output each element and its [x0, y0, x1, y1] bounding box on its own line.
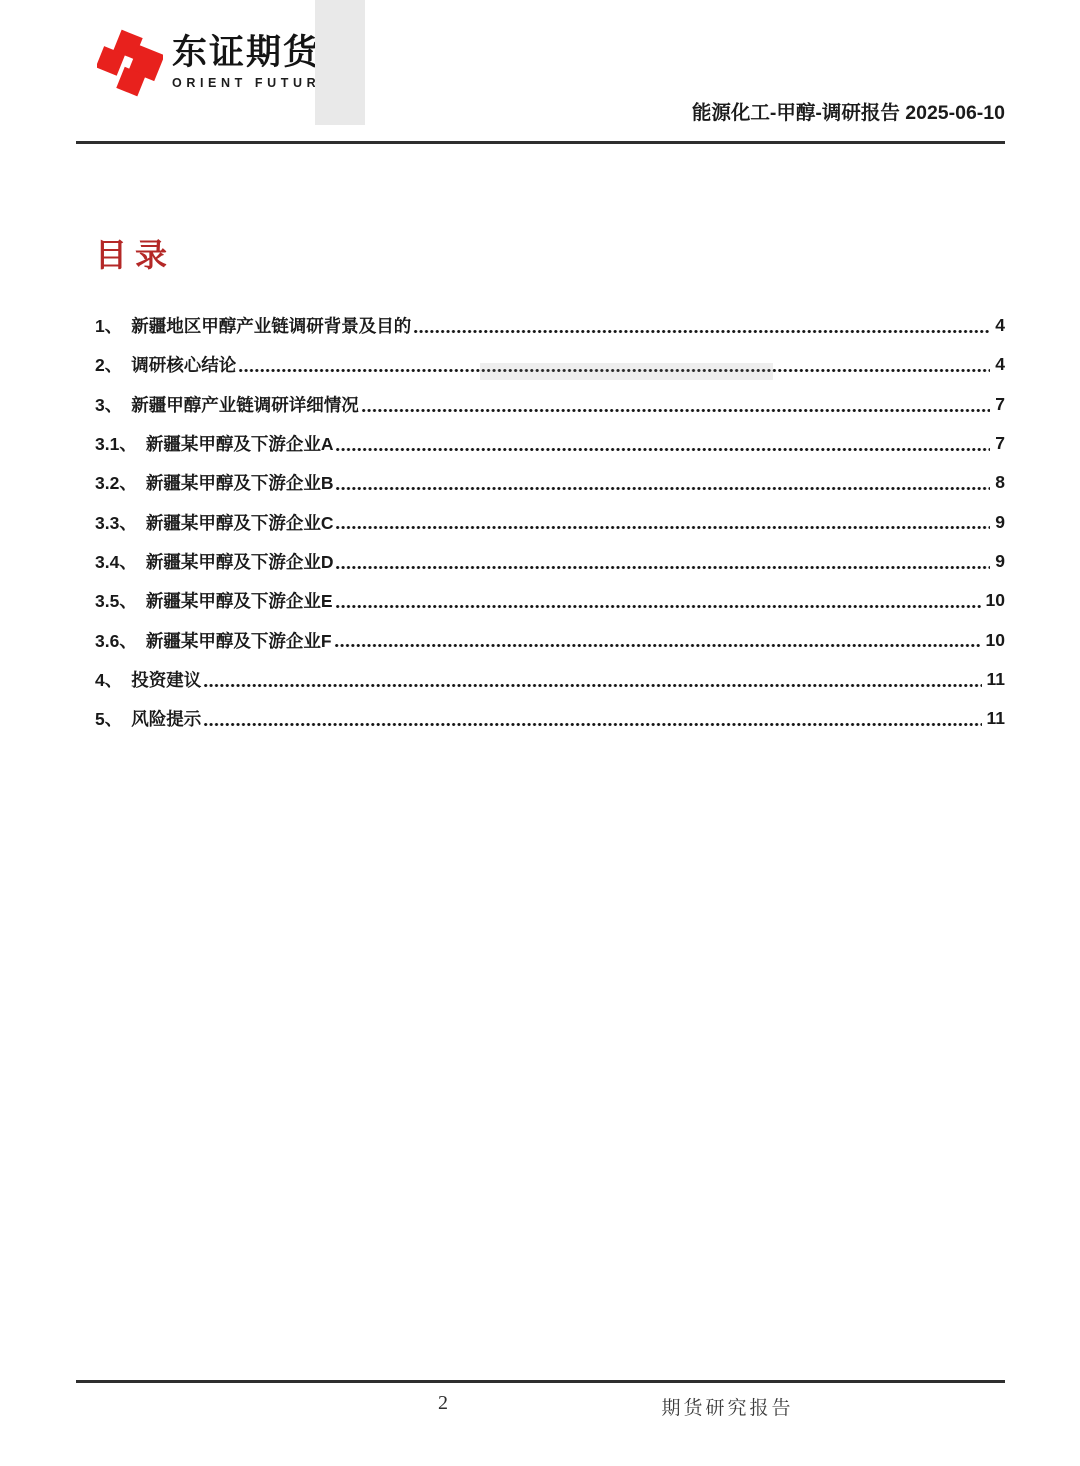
- toc-item[interactable]: 3.1、 新疆某甲醇及下游企业A 7: [95, 424, 1005, 463]
- toc-leader-dots: [203, 699, 981, 738]
- footer-divider: [76, 1380, 1005, 1383]
- toc-leader-dots: [335, 502, 990, 541]
- header-divider: [76, 141, 1005, 144]
- toc-item-label: 新疆某甲醇及下游企业C: [146, 510, 334, 535]
- toc-item-number: 3、: [95, 392, 122, 417]
- toc-leader-dots: [335, 581, 981, 620]
- toc-item-page: 4: [995, 315, 1005, 336]
- logo-pinwheel-icon: [97, 28, 163, 98]
- toc-item-number: 4、: [95, 667, 122, 692]
- toc-item-label: 新疆地区甲醇产业链调研背景及目的: [131, 313, 411, 338]
- toc-item-page: 11: [987, 669, 1006, 690]
- toc-item-label: 新疆某甲醇及下游企业D: [146, 549, 334, 574]
- toc-item-page: 4: [995, 354, 1005, 375]
- page-number: 2: [398, 1392, 488, 1415]
- toc-item-page: 8: [995, 472, 1005, 493]
- gray-tab-artifact: [315, 0, 365, 125]
- toc-item-page: 7: [995, 394, 1005, 415]
- toc-item-number: 5、: [95, 706, 122, 731]
- report-header-label: 能源化工-甲醇-调研报告 2025-06-10: [692, 97, 1005, 125]
- toc-item-page: 10: [986, 590, 1005, 611]
- toc-item[interactable]: 3、 新疆甲醇产业链调研详细情况 7: [95, 385, 1005, 424]
- toc-leader-dots: [335, 542, 990, 581]
- toc-item-label: 投资建议: [131, 667, 201, 692]
- toc-leader-dots: [203, 660, 981, 699]
- toc-item[interactable]: 3.5、 新疆某甲醇及下游企业E 10: [95, 581, 1005, 620]
- toc-item-page: 11: [987, 708, 1006, 729]
- toc-item-label: 风险提示: [131, 706, 201, 731]
- toc-item-number: 3.6、: [95, 628, 137, 653]
- toc-item-label: 新疆某甲醇及下游企业E: [146, 588, 333, 613]
- footer-report-type: 期货研究报告: [635, 1393, 820, 1420]
- toc-item-page: 9: [995, 512, 1005, 533]
- orient-futures-logo: 东证期货 ORIENT FUTURES: [97, 28, 346, 98]
- toc-item-page: 10: [986, 630, 1005, 651]
- toc-leader-dots: [335, 463, 990, 502]
- toc-item-label: 新疆甲醇产业链调研详细情况: [131, 392, 359, 417]
- toc-item[interactable]: 1、 新疆地区甲醇产业链调研背景及目的 4: [95, 306, 1005, 345]
- toc-item[interactable]: 4、 投资建议 11: [95, 660, 1005, 699]
- toc-item-number: 3.2、: [95, 470, 137, 495]
- report-page: 东证期货 ORIENT FUTURES 能源化工-甲醇-调研报告 2025-06…: [0, 0, 1080, 1466]
- toc-leader-dots: [361, 385, 991, 424]
- toc-leader-dots: [334, 620, 981, 659]
- toc-leader-dots: [413, 306, 990, 345]
- toc-item-number: 2、: [95, 352, 122, 377]
- toc-item-number: 3.5、: [95, 588, 137, 613]
- scan-artifact-band: [480, 363, 773, 380]
- toc-item-page: 9: [995, 551, 1005, 572]
- toc-item[interactable]: 5、 风险提示 11: [95, 699, 1005, 738]
- toc-leader-dots: [335, 424, 990, 463]
- toc-item-label: 调研核心结论: [131, 352, 236, 377]
- toc-item[interactable]: 3.4、 新疆某甲醇及下游企业D 9: [95, 542, 1005, 581]
- toc-item-label: 新疆某甲醇及下游企业B: [146, 470, 334, 495]
- toc-item-number: 1、: [95, 313, 122, 338]
- toc-item-label: 新疆某甲醇及下游企业F: [146, 628, 332, 653]
- toc-item[interactable]: 3.3、 新疆某甲醇及下游企业C 9: [95, 502, 1005, 541]
- toc-item-label: 新疆某甲醇及下游企业A: [146, 431, 334, 456]
- toc-item-number: 3.1、: [95, 431, 137, 456]
- toc-item[interactable]: 3.6、 新疆某甲醇及下游企业F 10: [95, 620, 1005, 659]
- toc-item-page: 7: [995, 433, 1005, 454]
- toc-item[interactable]: 3.2、 新疆某甲醇及下游企业B 8: [95, 463, 1005, 502]
- toc-item-number: 3.3、: [95, 510, 137, 535]
- toc-title: 目 录: [95, 230, 167, 276]
- toc-item-number: 3.4、: [95, 549, 137, 574]
